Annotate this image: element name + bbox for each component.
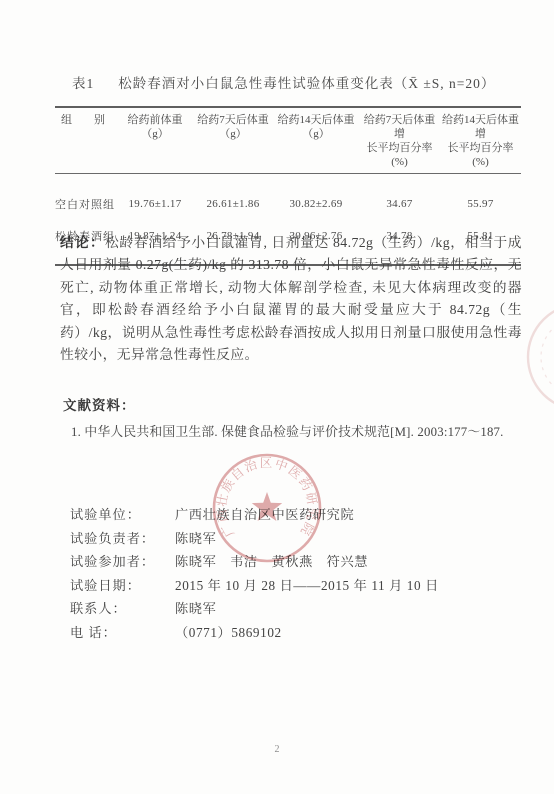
partial-seal-ring bbox=[528, 304, 554, 410]
info-label: 试验参加者： bbox=[70, 550, 175, 574]
info-value: 2015 年 10 月 28 日——2015 年 11 月 10 日 bbox=[175, 574, 439, 598]
info-label: 试验单位： bbox=[70, 503, 175, 527]
info-label: 电 话： bbox=[70, 621, 175, 645]
info-label: 试验负责者： bbox=[70, 527, 175, 551]
conclusion-paragraph: 结论：松龄春酒给予小白鼠灌胃, 日剂量达 84.72g（生药）/kg，相当于成人… bbox=[60, 232, 522, 366]
info-value: 陈晓军 bbox=[175, 527, 216, 551]
info-row-phone: 电 话： （0771）5869102 bbox=[70, 621, 510, 645]
cell-pre-weight: 19.76±1.17 bbox=[117, 174, 193, 221]
col-header-text: 给药14天后体重 bbox=[273, 113, 359, 127]
info-row-test-unit: 试验单位： 广西壮族自治区中医药研究院 bbox=[70, 503, 510, 527]
col-header-text: （g） bbox=[117, 127, 193, 141]
col-header-text: （g） bbox=[193, 127, 273, 141]
references-heading: 文献资料： bbox=[63, 394, 523, 414]
info-value: 陈晓军 bbox=[175, 597, 216, 621]
col-header-text: 长平均百分率(%) bbox=[359, 141, 440, 169]
references-section: 文献资料： 1. 中华人民共和国卫生部. 保健食品检验与评价技术规范[M]. 2… bbox=[63, 394, 523, 440]
col-header-text: 给药前体重 bbox=[117, 113, 193, 127]
info-value: 陈晓军 韦洁 黄秋燕 符兴慧 bbox=[175, 550, 368, 574]
cell-group-name: 空白对照组 bbox=[55, 174, 117, 221]
col-header-text: 组 别 bbox=[61, 113, 117, 127]
cell-day7-pct: 34.67 bbox=[359, 174, 440, 221]
conclusion-text: 松龄春酒给予小白鼠灌胃, 日剂量达 84.72g（生药）/kg，相当于成人日用剂… bbox=[60, 235, 522, 362]
partial-seal-inner bbox=[541, 317, 554, 397]
col-header-text: 给药7天后体重增 bbox=[359, 113, 440, 141]
table-caption: 表1松龄春酒对小白鼠急性毒性试验体重变化表（X̄ ±S, n=20） bbox=[72, 72, 495, 92]
reference-item: 1. 中华人民共和国卫生部. 保健食品检验与评价技术规范[M]. 2003:17… bbox=[63, 421, 523, 440]
col-header-text: （g） bbox=[273, 127, 359, 141]
info-value: 广西壮族自治区中医药研究院 bbox=[175, 503, 354, 527]
info-row-contact: 联系人： 陈晓军 bbox=[70, 597, 510, 621]
col-header-day14-weight: 给药14天后体重 （g） bbox=[273, 107, 359, 174]
table-row-control-group: 空白对照组 19.76±1.17 26.61±1.86 30.82±2.69 3… bbox=[55, 174, 521, 221]
info-row-participants: 试验参加者： 陈晓军 韦洁 黄秋燕 符兴慧 bbox=[70, 550, 510, 574]
info-value: （0771）5869102 bbox=[175, 621, 282, 645]
col-header-day7-weight: 给药7天后体重 （g） bbox=[193, 107, 273, 174]
test-info-list: 试验单位： 广西壮族自治区中医药研究院 试验负责者： 陈晓军 试验参加者： 陈晓… bbox=[70, 503, 510, 645]
col-header-day14-growth-pct: 给药14天后体重增 长平均百分率(%) bbox=[440, 107, 521, 174]
table-caption-title: 松龄春酒对小白鼠急性毒性试验体重变化表（X̄ ±S, n=20） bbox=[118, 76, 495, 91]
col-header-group: 组 别 bbox=[55, 107, 117, 174]
cell-day14-pct: 55.97 bbox=[440, 174, 521, 221]
col-header-pre-weight: 给药前体重 （g） bbox=[117, 107, 193, 174]
col-header-day7-growth-pct: 给药7天后体重增 长平均百分率(%) bbox=[359, 107, 440, 174]
info-row-test-date: 试验日期： 2015 年 10 月 28 日——2015 年 11 月 10 日 bbox=[70, 574, 510, 598]
table-header-row: 组 别 给药前体重 （g） 给药7天后体重 （g） 给药14天后体重 （g） 给… bbox=[55, 107, 521, 174]
info-label: 试验日期： bbox=[70, 574, 175, 598]
col-header-text: 给药14天后体重增 bbox=[440, 113, 521, 141]
page-number: 2 bbox=[0, 744, 554, 755]
cell-day14-weight: 30.82±2.69 bbox=[273, 174, 359, 221]
info-label: 联系人： bbox=[70, 597, 175, 621]
table-caption-prefix: 表1 bbox=[72, 76, 94, 91]
cell-day7-weight: 26.61±1.86 bbox=[193, 174, 273, 221]
document-page: 表1松龄春酒对小白鼠急性毒性试验体重变化表（X̄ ±S, n=20） 组 别 给… bbox=[0, 0, 554, 794]
info-row-test-leader: 试验负责者： 陈晓军 bbox=[70, 527, 510, 551]
col-header-text: 长平均百分率(%) bbox=[440, 141, 521, 169]
col-header-text: 给药7天后体重 bbox=[193, 113, 273, 127]
conclusion-label: 结论： bbox=[60, 235, 105, 250]
